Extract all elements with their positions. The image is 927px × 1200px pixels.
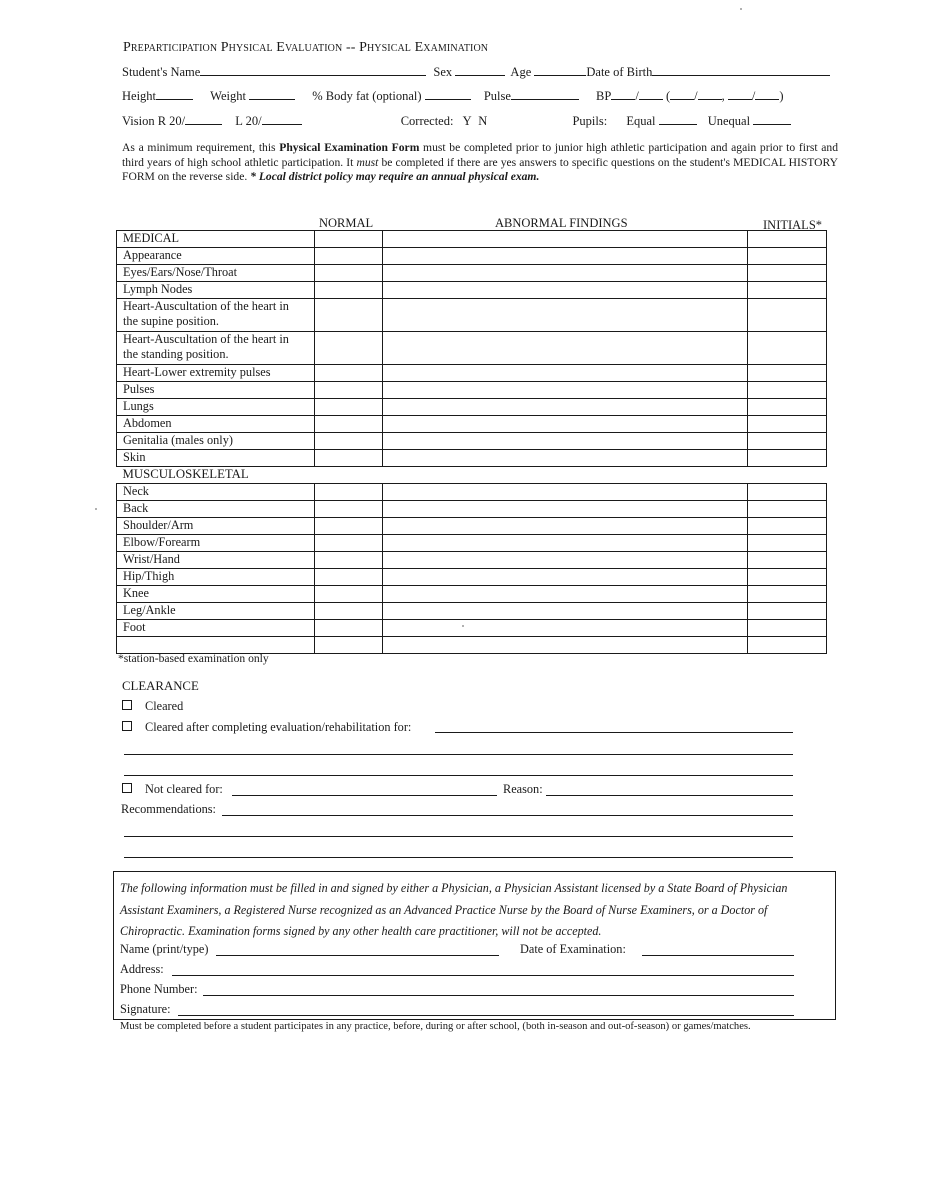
initials-cell[interactable]	[748, 248, 827, 265]
initials-cell[interactable]	[748, 282, 827, 299]
intro-text: As a minimum requirement, this	[122, 141, 279, 154]
abnormal-findings-cell[interactable]	[383, 569, 748, 586]
pupils-equal-field[interactable]	[659, 113, 697, 125]
column-header-normal: NORMAL	[319, 216, 373, 231]
normal-cell[interactable]	[315, 603, 383, 620]
table-row: Heart-Lower extremity pulses	[117, 365, 827, 382]
normal-cell[interactable]	[315, 484, 383, 501]
initials-cell[interactable]	[748, 569, 827, 586]
pulse-label: Pulse	[484, 89, 511, 103]
bp-label: BP	[596, 89, 611, 103]
row-label: Eyes/Ears/Nose/Throat	[117, 265, 315, 282]
table-row: Knee	[117, 586, 827, 603]
normal-cell[interactable]	[315, 382, 383, 399]
examiner-name-label: Name (print/type)	[120, 942, 208, 956]
section-row-medical: MEDICAL	[117, 231, 827, 248]
examiner-signature-field[interactable]	[178, 1015, 794, 1016]
abnormal-findings-cell[interactable]	[383, 637, 748, 654]
normal-cell[interactable]	[315, 620, 383, 637]
clearance-heading: CLEARANCE	[122, 679, 199, 694]
date-of-birth-field[interactable]	[652, 64, 830, 76]
cleared-option: Cleared	[122, 699, 183, 714]
abnormal-findings-cell[interactable]	[383, 484, 748, 501]
row-label: Knee	[117, 586, 315, 603]
table-row	[117, 637, 827, 654]
row-label: Heart-Auscultation of the heart inthe su…	[117, 299, 315, 332]
abnormal-findings-cell[interactable]	[383, 535, 748, 552]
initials-cell[interactable]	[748, 603, 827, 620]
reason-field[interactable]	[546, 795, 793, 796]
height-field[interactable]	[156, 88, 193, 100]
row-label: Heart-Auscultation of the heart inthe st…	[117, 332, 315, 365]
normal-cell[interactable]	[315, 637, 383, 654]
bp-close-paren: )	[779, 89, 783, 103]
age-field[interactable]	[534, 64, 586, 76]
abnormal-findings-cell[interactable]	[383, 620, 748, 637]
bp-diastolic-field[interactable]	[639, 88, 663, 100]
title-part-evaluation: Preparticipation Physical Evaluation	[123, 40, 342, 55]
normal-cell[interactable]	[315, 231, 383, 248]
weight-field[interactable]	[249, 88, 295, 100]
row-label-line: Heart-Auscultation of the heart in	[123, 332, 314, 347]
bp-recheck-2-diastolic-field[interactable]	[755, 88, 779, 100]
row-label: Lungs	[117, 399, 315, 416]
date-of-birth-label: Date of Birth	[586, 65, 652, 79]
row-label: Wrist/Hand	[117, 552, 315, 569]
body-fat-field[interactable]	[425, 88, 471, 100]
row-label: Hip/Thigh	[117, 569, 315, 586]
date-of-examination-field[interactable]	[642, 955, 794, 956]
row-label: Foot	[117, 620, 315, 637]
abnormal-findings-cell[interactable]	[383, 365, 748, 382]
intro-emphasis-must: must	[356, 156, 378, 169]
row-label: Shoulder/Arm	[117, 518, 315, 535]
table-row: Eyes/Ears/Nose/Throat	[117, 265, 827, 282]
row-label: Back	[117, 501, 315, 518]
table-row: Appearance	[117, 248, 827, 265]
bp-recheck-2-systolic-field[interactable]	[728, 88, 752, 100]
not-cleared-label: Not cleared for:	[145, 782, 223, 796]
normal-cell[interactable]	[315, 365, 383, 382]
initials-cell[interactable]	[748, 620, 827, 637]
pupils-unequal-field[interactable]	[753, 113, 791, 125]
intro-local-policy-note: * Local district policy may require an a…	[250, 170, 539, 183]
examiner-signature-label: Signature:	[120, 1002, 171, 1017]
row-label-line: Heart-Auscultation of the heart in	[123, 299, 314, 314]
initials-cell[interactable]	[748, 535, 827, 552]
pupils-equal-label: Equal	[626, 114, 655, 128]
examiner-address-label: Address:	[120, 962, 164, 977]
table-row: Lungs	[117, 399, 827, 416]
header-row-3: Vision R 20/ L 20/ Corrected: Y N Pupils…	[122, 113, 791, 129]
normal-cell[interactable]	[315, 518, 383, 535]
normal-cell[interactable]	[315, 552, 383, 569]
not-cleared-option: Not cleared for:	[122, 782, 223, 797]
table-row: Back	[117, 501, 827, 518]
recommendations-field-line-2[interactable]	[124, 836, 793, 837]
table-row: Leg/Ankle	[117, 603, 827, 620]
initials-cell[interactable]	[748, 399, 827, 416]
row-label: Pulses	[117, 382, 315, 399]
vision-right-label: Vision R 20/	[122, 114, 185, 128]
row-label	[117, 637, 315, 654]
abnormal-findings-cell[interactable]	[383, 518, 748, 535]
normal-cell[interactable]	[315, 450, 383, 467]
students-name-label: Student's Name	[122, 65, 200, 79]
abnormal-findings-cell[interactable]	[383, 231, 748, 248]
participation-requirement-note: Must be completed before a student parti…	[120, 1021, 751, 1032]
exam-findings-table: MEDICALAppearanceEyes/Ears/Nose/ThroatLy…	[116, 230, 827, 654]
row-label: Abdomen	[117, 416, 315, 433]
not-cleared-field[interactable]	[232, 795, 497, 796]
row-label: Skin	[117, 450, 315, 467]
normal-cell[interactable]	[315, 535, 383, 552]
recommendations-field[interactable]	[222, 815, 793, 816]
header-row-1: Student's Name Sex Age Date of Birth	[122, 64, 830, 80]
abnormal-findings-cell[interactable]	[383, 282, 748, 299]
abnormal-findings-cell[interactable]	[383, 603, 748, 620]
table-row: Hip/Thigh	[117, 569, 827, 586]
table-row: Genitalia (males only)	[117, 433, 827, 450]
abnormal-findings-cell[interactable]	[383, 450, 748, 467]
cleared-after-label: Cleared after completing evaluation/reha…	[145, 720, 411, 734]
normal-cell[interactable]	[315, 265, 383, 282]
not-cleared-checkbox[interactable]	[122, 783, 132, 793]
abnormal-findings-cell[interactable]	[383, 265, 748, 282]
table-row: Shoulder/Arm	[117, 518, 827, 535]
station-based-footnote: *station-based examination only	[118, 652, 269, 665]
cleared-after-option: Cleared after completing evaluation/reha…	[122, 720, 411, 735]
table-row: Skin	[117, 450, 827, 467]
examiner-phone-label: Phone Number:	[120, 982, 198, 997]
section-row-musculoskeletal: MUSCULOSKELETAL	[117, 467, 827, 484]
scan-speck	[462, 625, 464, 627]
scan-speck	[740, 8, 742, 10]
normal-cell[interactable]	[315, 248, 383, 265]
vision-right-field[interactable]	[185, 113, 222, 125]
cleared-label: Cleared	[145, 699, 183, 713]
initials-cell[interactable]	[748, 552, 827, 569]
normal-cell[interactable]	[315, 399, 383, 416]
vision-left-field[interactable]	[262, 113, 302, 125]
row-label: Elbow/Forearm	[117, 535, 315, 552]
initials-cell[interactable]	[748, 416, 827, 433]
abnormal-findings-cell[interactable]	[383, 416, 748, 433]
examiner-name-row: Name (print/type)	[120, 942, 208, 957]
section-label-musculoskeletal: MUSCULOSKELETAL	[117, 467, 827, 484]
cleared-after-field[interactable]	[435, 732, 793, 733]
row-label: Appearance	[117, 248, 315, 265]
row-label-line: the supine position.	[123, 314, 314, 329]
initials-cell[interactable]	[748, 265, 827, 282]
corrected-yes-option[interactable]: Y	[463, 114, 472, 128]
title-part-examination: Physical Examination	[359, 40, 488, 55]
students-name-field[interactable]	[200, 64, 426, 76]
initials-cell[interactable]	[748, 501, 827, 518]
pupils-label: Pupils:	[572, 114, 607, 128]
initials-cell[interactable]	[748, 332, 827, 365]
bp-comma: ,	[722, 89, 725, 103]
table-row: Wrist/Hand	[117, 552, 827, 569]
table-row: Neck	[117, 484, 827, 501]
table-row: Foot	[117, 620, 827, 637]
abnormal-findings-cell[interactable]	[383, 433, 748, 450]
corrected-label: Corrected:	[401, 114, 454, 128]
intro-form-name: Physical Examination Form	[279, 141, 419, 154]
initials-cell[interactable]	[748, 586, 827, 603]
header-row-2: Height Weight % Body fat (optional) Puls…	[122, 88, 784, 104]
row-label-line: the standing position.	[123, 347, 314, 362]
title-separator: --	[342, 40, 359, 55]
normal-cell[interactable]	[315, 299, 383, 332]
row-label: Heart-Lower extremity pulses	[117, 365, 315, 382]
cleared-after-field-line-3[interactable]	[124, 775, 793, 776]
initials-cell[interactable]	[748, 382, 827, 399]
table-row: Elbow/Forearm	[117, 535, 827, 552]
normal-cell[interactable]	[315, 586, 383, 603]
table-row: Heart-Auscultation of the heart inthe st…	[117, 332, 827, 365]
normal-cell[interactable]	[315, 282, 383, 299]
examiner-address-field[interactable]	[172, 975, 794, 976]
initials-cell[interactable]	[748, 518, 827, 535]
abnormal-findings-cell[interactable]	[383, 552, 748, 569]
initials-cell[interactable]	[748, 637, 827, 654]
corrected-no-option[interactable]: N	[478, 114, 487, 128]
table-row: Abdomen	[117, 416, 827, 433]
scan-speck	[95, 508, 97, 510]
row-label: Neck	[117, 484, 315, 501]
abnormal-findings-cell[interactable]	[383, 332, 748, 365]
column-header-abnormal-findings: ABNORMAL FINDINGS	[495, 216, 628, 231]
height-label: Height	[122, 89, 156, 103]
pulse-field[interactable]	[511, 88, 579, 100]
cleared-after-field-line-2[interactable]	[124, 754, 793, 755]
body-fat-label: % Body fat (optional)	[312, 89, 421, 103]
examiner-signature-box: The following information must be filled…	[113, 871, 836, 1020]
physical-exam-form-page: Preparticipation Physical Evaluation -- …	[0, 0, 927, 1200]
vision-left-label: L 20/	[235, 114, 261, 128]
initials-cell[interactable]	[748, 484, 827, 501]
normal-cell[interactable]	[315, 569, 383, 586]
weight-label: Weight	[210, 89, 246, 103]
cleared-after-checkbox[interactable]	[122, 721, 132, 731]
form-title: Preparticipation Physical Evaluation -- …	[123, 40, 488, 56]
table-row: Lymph Nodes	[117, 282, 827, 299]
recommendations-label: Recommendations:	[121, 802, 216, 817]
abnormal-findings-cell[interactable]	[383, 382, 748, 399]
abnormal-findings-cell[interactable]	[383, 248, 748, 265]
abnormal-findings-cell[interactable]	[383, 501, 748, 518]
table-row: Pulses	[117, 382, 827, 399]
sex-label: Sex	[433, 65, 452, 79]
initials-cell[interactable]	[748, 365, 827, 382]
initials-cell[interactable]	[748, 231, 827, 248]
examiner-requirements-note: The following information must be filled…	[120, 878, 830, 943]
intro-paragraph: As a minimum requirement, this Physical …	[122, 141, 838, 185]
row-label: Genitalia (males only)	[117, 433, 315, 450]
table-row: Heart-Auscultation of the heart inthe su…	[117, 299, 827, 332]
age-label: Age	[510, 65, 531, 79]
row-label: Lymph Nodes	[117, 282, 315, 299]
date-of-examination-label: Date of Examination:	[520, 942, 626, 957]
normal-cell[interactable]	[315, 332, 383, 365]
row-label-medical: MEDICAL	[117, 231, 315, 248]
examiner-phone-field[interactable]	[203, 995, 794, 996]
reason-label: Reason:	[503, 782, 543, 797]
initials-cell[interactable]	[748, 299, 827, 332]
normal-cell[interactable]	[315, 416, 383, 433]
initials-cell[interactable]	[748, 433, 827, 450]
bp-recheck-1-diastolic-field[interactable]	[698, 88, 722, 100]
initials-cell[interactable]	[748, 450, 827, 467]
normal-cell[interactable]	[315, 433, 383, 450]
examiner-name-field[interactable]	[216, 955, 499, 956]
abnormal-findings-cell[interactable]	[383, 399, 748, 416]
cleared-checkbox[interactable]	[122, 700, 132, 710]
abnormal-findings-cell[interactable]	[383, 299, 748, 332]
normal-cell[interactable]	[315, 501, 383, 518]
sex-field[interactable]	[455, 64, 505, 76]
bp-recheck-1-systolic-field[interactable]	[670, 88, 694, 100]
bp-systolic-field[interactable]	[611, 88, 635, 100]
row-label: Leg/Ankle	[117, 603, 315, 620]
pupils-unequal-label: Unequal	[708, 114, 750, 128]
recommendations-field-line-3[interactable]	[124, 857, 793, 858]
abnormal-findings-cell[interactable]	[383, 586, 748, 603]
